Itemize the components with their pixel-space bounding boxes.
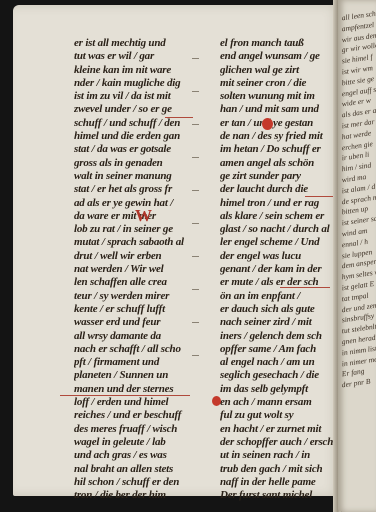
text-line: len schaffen alle crea — [74, 276, 204, 289]
text-line: seglich gesechach / die — [220, 369, 340, 382]
facing-page: all leen schuffampfentzel vwir aus dem o… — [338, 0, 376, 512]
right-text-column: el fron manch taußend angel wunsam / geg… — [220, 37, 340, 502]
text-line: nach er schafft / all scho — [74, 343, 204, 356]
text-line: der schopffer auch / ersch — [220, 436, 340, 449]
text-line: er dauch sich als gute — [220, 303, 340, 316]
text-line: ge zirt sunder pary — [220, 170, 340, 183]
text-line: tron / die ber der him — [74, 489, 204, 502]
left-text-column: er ist all mechtig undtut was er wil / g… — [74, 37, 204, 502]
text-line: glast / so nacht / durch al — [220, 223, 340, 236]
margin-mark — [192, 124, 199, 125]
text-line: ful zu gut wolt sy — [220, 409, 340, 422]
text-line: stat / er het als gross fr — [74, 183, 204, 196]
text-line: end angel wunsam / ge — [220, 50, 340, 63]
text-line: er ist all mechtig und — [74, 37, 204, 50]
text-line: solten wunung mit im — [220, 90, 340, 103]
margin-mark — [192, 190, 199, 191]
text-line: genant / der kam in der — [220, 263, 340, 276]
text-line: ist im zu vil / da ist mit — [74, 90, 204, 103]
text-line: de nan / des sy fried mit — [220, 130, 340, 143]
text-line: im hetan / Do schuff er — [220, 143, 340, 156]
text-line: nder / kain mugliche dig — [74, 77, 204, 90]
red-rule-right-1 — [305, 196, 333, 197]
text-line: nat werden / Wir wel — [74, 263, 204, 276]
margin-mark — [192, 91, 199, 92]
text-line: teur / sy werden mirer — [74, 290, 204, 303]
text-line: walt in seiner manung — [74, 170, 204, 183]
text-line: al engel nach / am un — [220, 356, 340, 369]
text-line: planeten / Sunnen un — [74, 369, 204, 382]
margin-mark — [192, 58, 199, 59]
text-line: der laucht durch die — [220, 183, 340, 196]
red-initial-d-right — [262, 118, 273, 130]
red-initial-w: W — [135, 206, 152, 226]
text-line: all wrsy damante da — [74, 330, 204, 343]
margin-mark — [192, 157, 199, 158]
text-line: wasser erd und feur — [74, 316, 204, 329]
text-line: han / und mit sam und — [220, 103, 340, 116]
text-line: nal braht an allen stets — [74, 463, 204, 476]
text-line: ut in seinen rach / in — [220, 449, 340, 462]
margin-mark — [192, 256, 199, 257]
text-line: naff in der helle pame — [220, 476, 340, 489]
red-rule-left-mid — [165, 117, 193, 118]
text-line: im das selb gelympft — [220, 383, 340, 396]
margin-mark — [192, 289, 199, 290]
text-line: mit seiner cron / die — [220, 77, 340, 90]
text-line: amen angel als schön — [220, 157, 340, 170]
text-line: nach seiner zird / mit — [220, 316, 340, 329]
text-line: reiches / und er beschuff — [74, 409, 204, 422]
text-line: en ach / mann ersam — [220, 396, 340, 409]
margin-mark — [192, 223, 199, 224]
text-line: en hacht / er zurnet mit — [220, 423, 340, 436]
text-line: ön an im enpfant / — [220, 290, 340, 303]
text-line: kente / er schuff lufft — [74, 303, 204, 316]
text-line: loff / erden und himel — [74, 396, 204, 409]
text-line: der engel was lucu — [220, 250, 340, 263]
red-initial-d-bottom — [212, 396, 221, 406]
red-rule-right-2 — [280, 287, 330, 288]
manuscript-page: er ist all mechtig undtut was er wil / g… — [13, 5, 340, 496]
text-line: ler engel scheme / Und — [220, 236, 340, 249]
text-line: himel tron / und er rag — [220, 197, 340, 210]
text-line: und ach gras / es was — [74, 449, 204, 462]
text-line: kleine kan im nit ware — [74, 64, 204, 77]
margin-mark — [192, 355, 199, 356]
facing-page-text: all leen schuffampfentzel vwir aus dem o… — [338, 14, 376, 392]
text-line: tut was er wil / gar — [74, 50, 204, 63]
text-line: Der furst sant michel — [220, 489, 340, 502]
text-line: stat / da was er gotsale — [74, 143, 204, 156]
text-line: mutat / sprach sabaoth al — [74, 236, 204, 249]
text-line: schuff / und schuff / den — [74, 117, 204, 130]
text-line: opffer same / Am fach — [220, 343, 340, 356]
text-line: drut / well wir erben — [74, 250, 204, 263]
margin-mark — [192, 322, 199, 323]
text-line: pft / firmament und — [74, 356, 204, 369]
text-line: wagel in geleute / lab — [74, 436, 204, 449]
text-line: zwevel under / so er ge — [74, 103, 204, 116]
text-line: himel und die erden gan — [74, 130, 204, 143]
text-line: iners / gelench dem sch — [220, 330, 340, 343]
text-line: hil schon / schuff er den — [74, 476, 204, 489]
red-rule-left-bottom — [60, 395, 190, 396]
text-line: gross als in genaden — [74, 157, 204, 170]
text-line: als klare / sein schem er — [220, 210, 340, 223]
text-line: des meres fruaff / wisch — [74, 423, 204, 436]
text-line: glichen wal ge zirt — [220, 64, 340, 77]
text-line: el fron manch tauß — [220, 37, 340, 50]
text-line: trub den gach / mit sich — [220, 463, 340, 476]
text-line: er tan / und ye gestan — [220, 117, 340, 130]
